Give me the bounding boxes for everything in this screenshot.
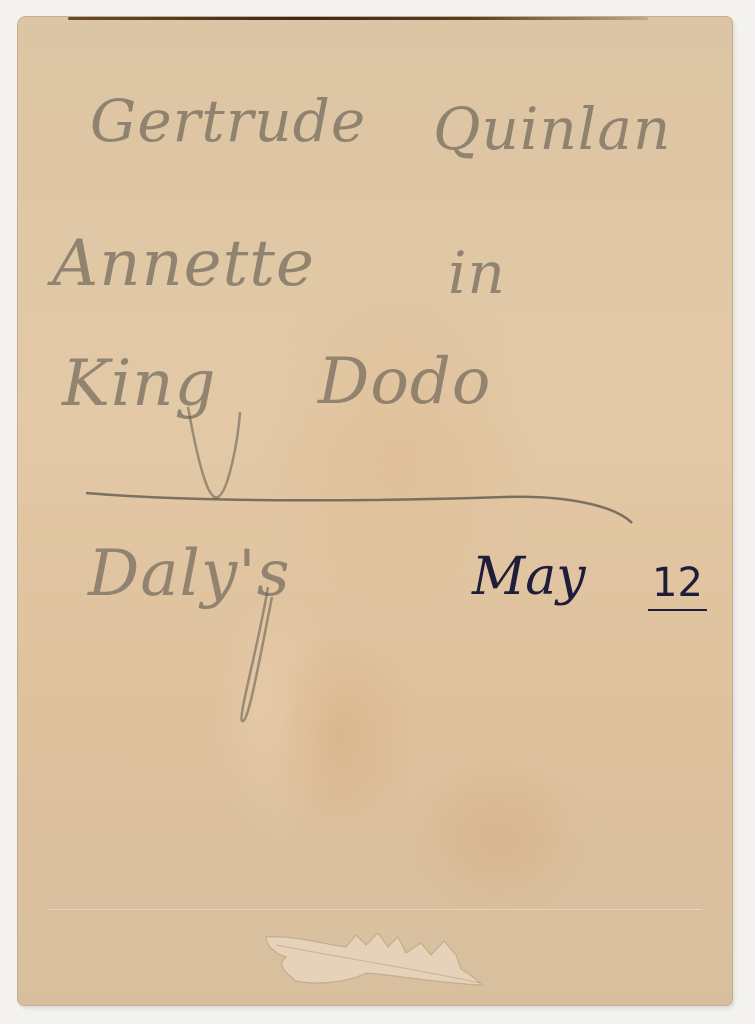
- pencil-underline-rule: [84, 489, 634, 529]
- date-day: 12: [648, 557, 707, 611]
- inscription-show-second: Dodo: [318, 345, 491, 419]
- card-worn-edge: [68, 17, 648, 20]
- date-month: May: [472, 547, 586, 607]
- inscription-first-name: Gertrude: [90, 87, 366, 155]
- leaf-emboss-icon: [256, 925, 486, 995]
- embossed-border-line: [48, 909, 702, 911]
- inscription-last-name: Quinlan: [433, 95, 671, 163]
- pencil-y-descender: [228, 587, 288, 727]
- inscription-in: in: [448, 239, 506, 307]
- cabinet-card-back: Gertrude Quinlan Annette in King Dodo Da…: [18, 17, 732, 1005]
- inscription-role: Annette: [52, 227, 315, 301]
